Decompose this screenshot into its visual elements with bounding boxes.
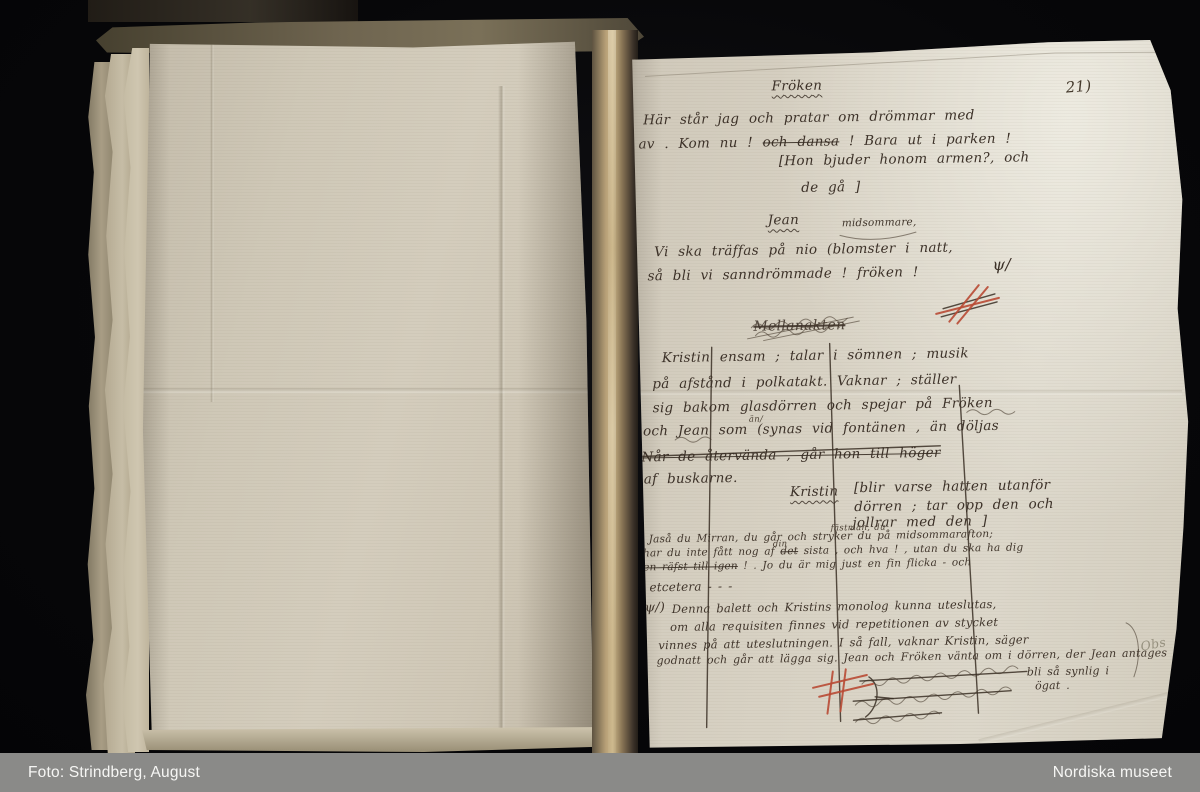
horizontal-strike bbox=[641, 446, 940, 457]
insert-underline bbox=[840, 232, 916, 240]
manuscript-page: 21) Fröken Här står jag och pratar om dr… bbox=[610, 32, 1194, 760]
fold-crease bbox=[498, 86, 505, 736]
under-sheets-bottom-edge bbox=[142, 727, 612, 752]
archival-photo: 21) Fröken Här står jag och pratar om dr… bbox=[0, 0, 1200, 792]
caption-photographer: Foto: Strindberg, August bbox=[28, 764, 200, 782]
column-strike-line bbox=[959, 385, 978, 713]
caption-museum: Nordiska museet bbox=[1053, 764, 1172, 782]
struck-scribble-line bbox=[855, 711, 939, 724]
top-edge-line bbox=[645, 51, 1169, 94]
handwriting-layer: 21) Fröken Här står jag och pratar om dr… bbox=[609, 24, 1200, 761]
fold-crease bbox=[210, 42, 214, 402]
margin-bracket bbox=[1126, 623, 1139, 677]
page-shading bbox=[518, 36, 598, 752]
column-strike-line bbox=[701, 347, 718, 727]
binder-spine bbox=[592, 30, 638, 756]
scribble bbox=[751, 316, 847, 329]
caption-bar: Foto: Strindberg, August Nordiska museet bbox=[0, 753, 1200, 792]
scribble bbox=[755, 325, 839, 338]
wavy-underline bbox=[675, 437, 711, 443]
scribble bbox=[747, 317, 853, 339]
left-blank-page bbox=[136, 36, 598, 752]
folder-edge bbox=[88, 0, 358, 22]
ink-marks-overlay bbox=[609, 24, 1200, 761]
wavy-underline bbox=[967, 409, 1015, 415]
column-strike-line bbox=[830, 343, 841, 721]
scribble bbox=[763, 321, 859, 341]
red-correction-mark bbox=[819, 684, 873, 697]
struck-scribble-strike bbox=[860, 671, 1027, 681]
spine-highlight bbox=[608, 30, 616, 756]
